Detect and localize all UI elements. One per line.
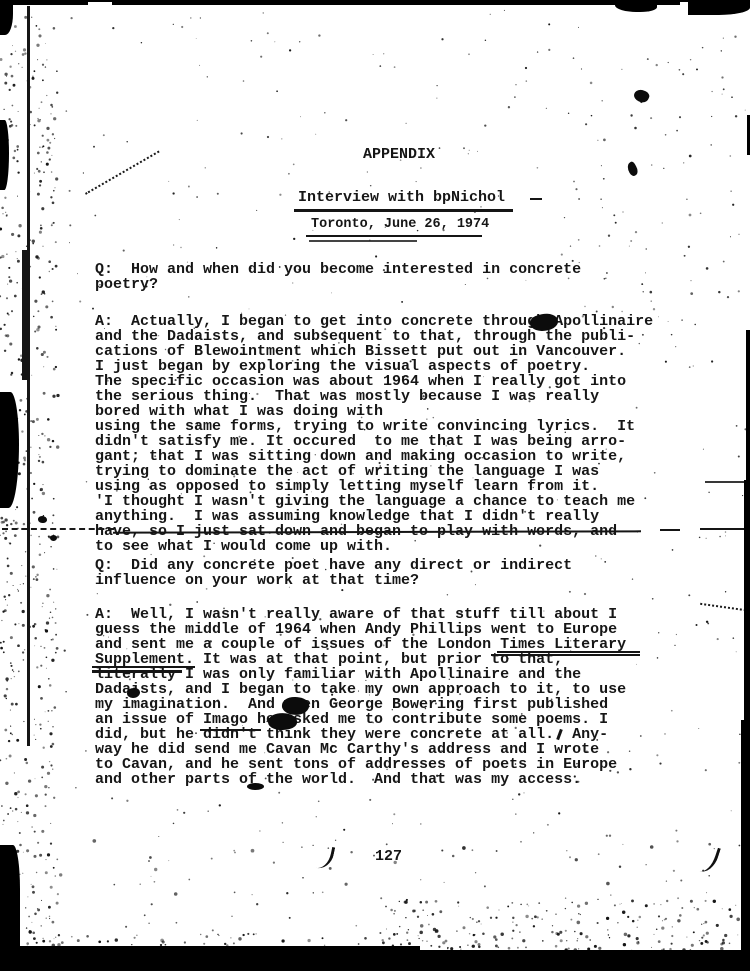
ink-smudge-parts — [247, 783, 264, 790]
right-dash-scratch-mark — [700, 603, 746, 611]
scan-edge-right-3 — [744, 480, 750, 720]
answer-2: A: Well, I wasn't really aware of that s… — [95, 607, 626, 787]
ink-blot-hook — [625, 161, 640, 178]
stray-line-right-mark — [705, 481, 748, 483]
left-rule-thick-segment — [22, 250, 29, 380]
pen-curve-bottom-right — [694, 843, 721, 876]
title-underline-mark — [294, 209, 513, 212]
literally-strike-mark — [92, 670, 182, 673]
ink-dot-margin-1 — [38, 516, 47, 523]
ink-dot-margin-2 — [50, 535, 57, 541]
scan-edge-top-chunk1 — [615, 0, 657, 12]
scan-edge-top-gap1 — [88, 2, 112, 5]
margin-dash-line-left — [2, 528, 114, 530]
scanned-document-page: APPENDIX Interview with bpNichol Toronto… — [0, 0, 750, 971]
annotation-dash-2 — [700, 528, 745, 530]
title-stray-dash-mark — [530, 198, 542, 200]
question-2: Q: Did any concrete poet have any direct… — [95, 558, 572, 588]
scan-edge-topleft-corner — [0, 0, 13, 35]
answer-1: A: Actually, I began to get into concret… — [95, 314, 653, 554]
pen-curve-bottom-center — [310, 843, 336, 871]
subtitle-underline-mark — [306, 235, 482, 237]
that-overline-mark — [491, 654, 640, 656]
annotation-dash-1 — [660, 529, 680, 531]
supplement-underline-mark — [92, 666, 195, 668]
dotted-scratch-mark — [85, 151, 160, 195]
page-number: 127 — [375, 849, 402, 864]
question-1: Q: How and when did you become intereste… — [95, 262, 581, 292]
document-subtitle: Toronto, June 26, 1974 — [311, 217, 489, 232]
scan-edge-left-blob2 — [0, 392, 19, 508]
times-literary-underline-mark — [497, 651, 640, 653]
scan-edge-bottom-left-lip — [0, 946, 420, 952]
scan-edge-bottom — [0, 950, 750, 971]
scan-edge-right-4 — [741, 720, 750, 955]
scan-edge-top-chunk2 — [688, 0, 750, 15]
scan-edge-left-blob1 — [0, 120, 9, 190]
ink-blot-top-right — [632, 87, 651, 104]
subtitle-underline2-mark — [309, 240, 417, 242]
didnt-strike-mark — [200, 729, 261, 731]
appendix-heading: APPENDIX — [363, 147, 435, 162]
document-title: Interview with bpNichol — [298, 190, 505, 205]
scan-edge-right-2 — [746, 330, 750, 480]
